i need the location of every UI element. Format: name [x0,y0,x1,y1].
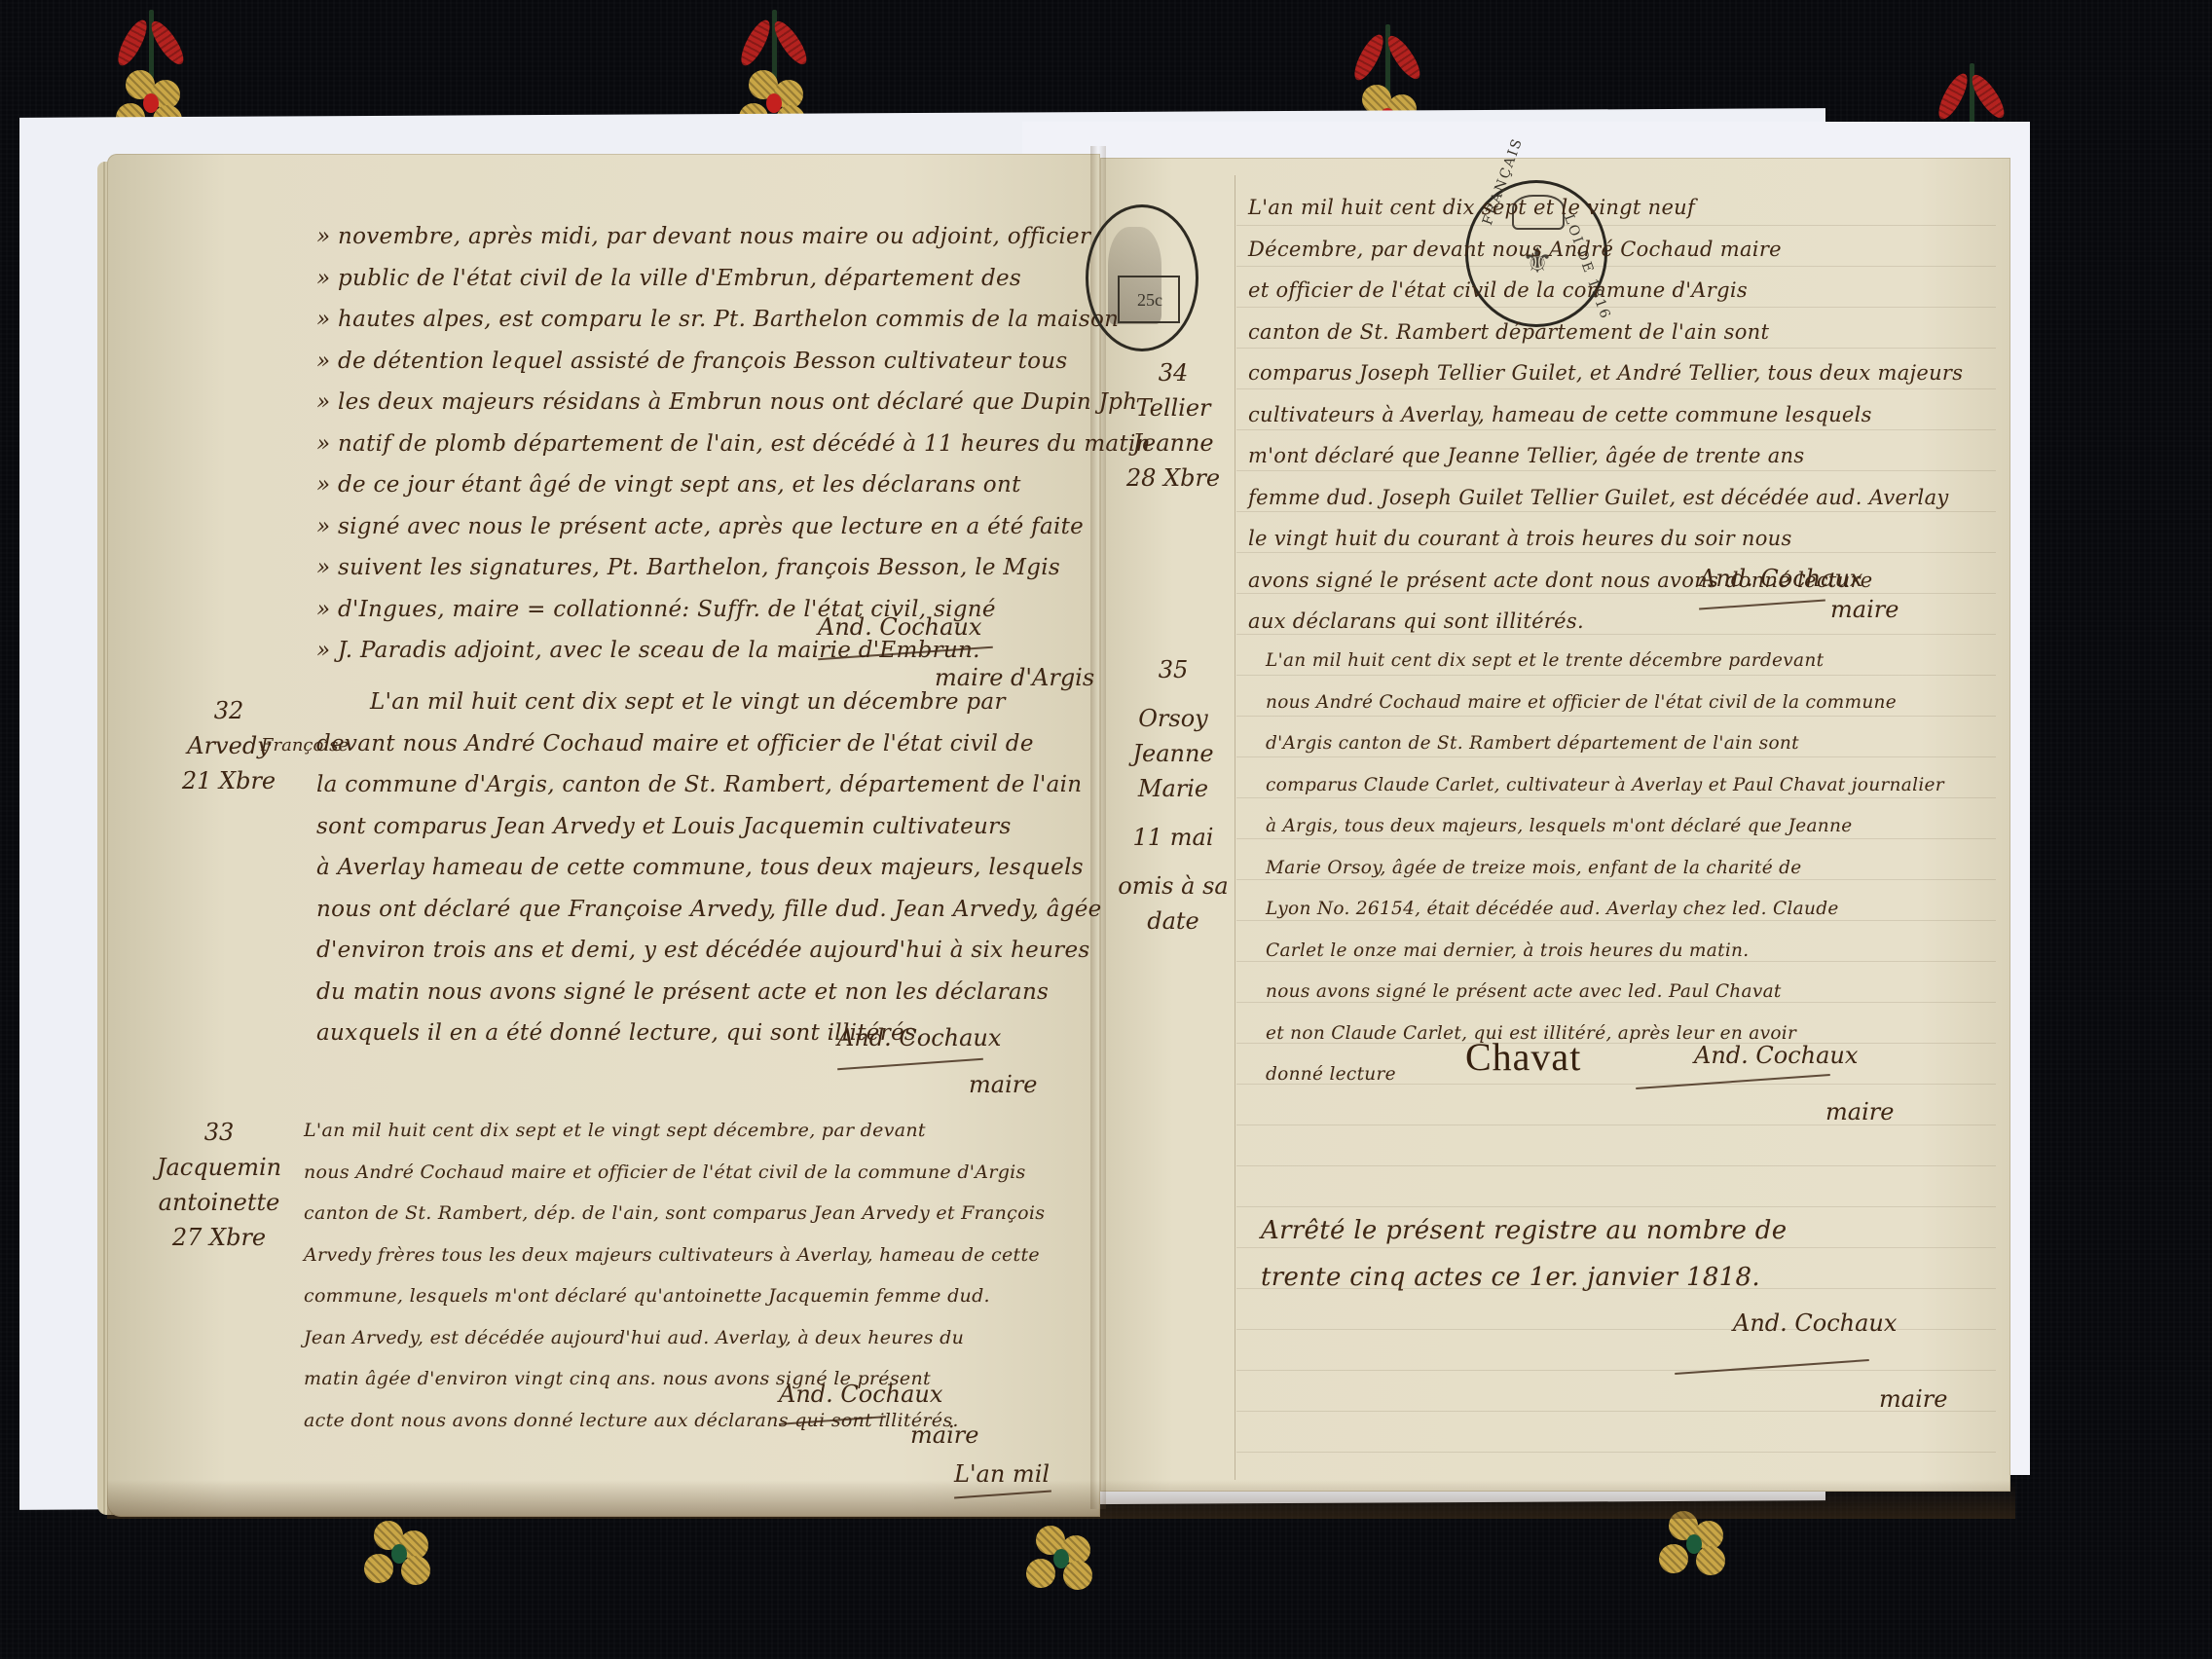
text-line: d'Argis canton de St. Rambert départemen… [1266,723,1944,765]
entry-surname: Jacquemin [146,1150,292,1185]
text-line: Jean Arvedy, est décédée aujourd'hui aud… [304,1317,1045,1359]
signature-title: maire [969,1071,1037,1098]
signature-name: And. Cochaux [1733,1309,1897,1337]
entry-surname: Orsoy [1105,701,1241,736]
text-line: femme dud. Joseph Guilet Tellier Guilet,… [1248,477,1963,519]
text-line: à Averlay hameau de cette commune, tous … [316,847,1102,889]
text-line: nous André Cochaud maire et officier de … [304,1152,1045,1194]
text-line: la commune d'Argis, canton de St. Ramber… [316,764,1102,806]
entry-date: 21 Xbre [166,763,292,798]
stamp-value: 25c [1137,290,1162,311]
left-continuation-text: » novembre, après midi, par devant nous … [316,216,1151,672]
text-line: du matin nous avons signé le présent act… [316,972,1102,1014]
fiscal-stamp: 25c [1086,204,1198,351]
text-line: » novembre, après midi, par devant nous … [316,216,1151,258]
text-line: m'ont déclaré que Jeanne Tellier, âgée d… [1248,435,1963,477]
entry-number: 32 [166,693,292,728]
text-line: Décembre, par devant nous André Cochaud … [1248,229,1963,271]
text-line: cultivateurs à Averlay, hameau de cette … [1248,394,1963,436]
mayor-signature: And. Cochaux [837,1024,1001,1065]
signature-name: And. Cochaux [818,613,981,641]
mayor-signature: And. Cochaux [779,1381,942,1421]
text-line: Arrêté le présent registre au nombre de [1261,1207,1787,1254]
text-line: L'an mil huit cent dix sept et le vingt … [316,682,1102,723]
entry-number: 35 [1105,652,1241,687]
text-line: nous André Cochaud maire et officier de … [1266,682,1944,724]
mayor-signature: And. Cochaux [1733,1309,1897,1368]
text-line: » natif de plomb département de l'ain, e… [316,424,1151,465]
text-line: Lyon No. 26154, était décédée aud. Averl… [1266,889,1944,931]
entry-34-margin: 34 Tellier Jeanne 28 Xbre [1105,355,1241,496]
signature-name: And. Cochaux [1699,565,1862,592]
entry-firstname: Jeanne Marie [1105,736,1241,806]
text-line: et officier de l'état civil de la commun… [1248,270,1963,312]
mayor-signature: And. Cochaux [1694,1042,1858,1083]
text-line: nous avons signé le présent acte avec le… [1266,972,1944,1014]
signature-title: maire [1879,1385,1947,1413]
signature-title: maire [1825,1098,1894,1125]
entry-date: 27 Xbre [146,1220,292,1255]
witness-signature: Chavat [1465,1034,1581,1080]
entry-date: 28 Xbre [1105,461,1241,496]
entry-32-firstname: Françoise [261,728,319,763]
text-line: canton de St. Rambert département de l'a… [1248,312,1963,353]
catchword: L'an mil [954,1460,1051,1495]
text-line: à Argis, tous deux majeurs, lesquels m'o… [1266,806,1944,848]
entry-32-text: L'an mil huit cent dix sept et le vingt … [316,682,1102,1054]
text-line: nous ont déclaré que Françoise Arvedy, f… [316,889,1102,931]
entry-number: 33 [146,1115,292,1150]
text-line: trente cinq actes ce 1er. janvier 1818. [1261,1254,1787,1301]
text-line: canton de St. Rambert, dép. de l'ain, so… [304,1193,1045,1235]
signature-title: maire [1830,596,1899,623]
text-line: » suivent les signatures, Pt. Barthelon,… [316,547,1151,589]
text-line: comparus Claude Carlet, cultivateur à Av… [1266,765,1944,807]
text-line: L'an mil huit cent dix sept et le vingt … [304,1110,1045,1152]
entry-firstname: antoinette [146,1185,292,1220]
text-line: » les deux majeurs résidans à Embrun nou… [316,382,1151,424]
mayor-signature: And. Cochaux [818,613,993,654]
entry-33-margin: 33 Jacquemin antoinette 27 Xbre [146,1115,292,1255]
text-line: » d'Ingues, maire = collationné: Suffr. … [316,589,1151,631]
text-line: devant nous André Cochaud maire et offic… [316,723,1102,765]
text-line: » public de l'état civil de la ville d'E… [316,258,1151,300]
text-line: » de ce jour étant âgé de vingt sept ans… [316,464,1151,506]
text-line: L'an mil huit cent dix sept et le trente… [1266,641,1944,682]
signature-name: And. Cochaux [1694,1042,1858,1069]
signature-name: And. Cochaux [837,1024,1001,1051]
text-line: Marie Orsoy, âgée de treize mois, enfant… [1266,848,1944,890]
text-line: Carlet le onze mai dernier, à trois heur… [1266,931,1944,973]
register-closing-text: Arrêté le présent registre au nombre de … [1261,1207,1787,1301]
entry-omission-note: omis à sa date [1105,868,1241,939]
text-line: » de détention lequel assisté de françoi… [316,341,1151,383]
entry-date: 11 mai [1105,820,1241,855]
text-line: sont comparus Jean Arvedy et Louis Jacqu… [316,806,1102,848]
text-line: Arvedy frères tous les deux majeurs cult… [304,1235,1045,1276]
entry-surname: Tellier Jeanne [1105,390,1241,461]
page-bottom-shadow [107,1480,2015,1519]
text-line: le vingt huit du courant à trois heures … [1248,518,1963,560]
text-line: L'an mil huit cent dix sept et le vingt … [1248,187,1963,229]
text-line: » hautes alpes, est comparu le sr. Pt. B… [316,299,1151,341]
text-line: comparus Joseph Tellier Guilet, et André… [1248,352,1963,394]
text-line: » signé avec nous le présent acte, après… [316,506,1151,548]
text-line: commune, lesquels m'ont déclaré qu'antoi… [304,1275,1045,1317]
entry-number: 34 [1105,355,1241,390]
signature-title: maire [910,1421,978,1449]
text-line: d'environ trois ans et demi, y est décéd… [316,930,1102,972]
entry-35-text: L'an mil huit cent dix sept et le trente… [1266,641,1944,1096]
signature-name: And. Cochaux [779,1381,942,1408]
entry-35-margin: 35 Orsoy Jeanne Marie 11 mai omis à sa d… [1105,652,1241,939]
